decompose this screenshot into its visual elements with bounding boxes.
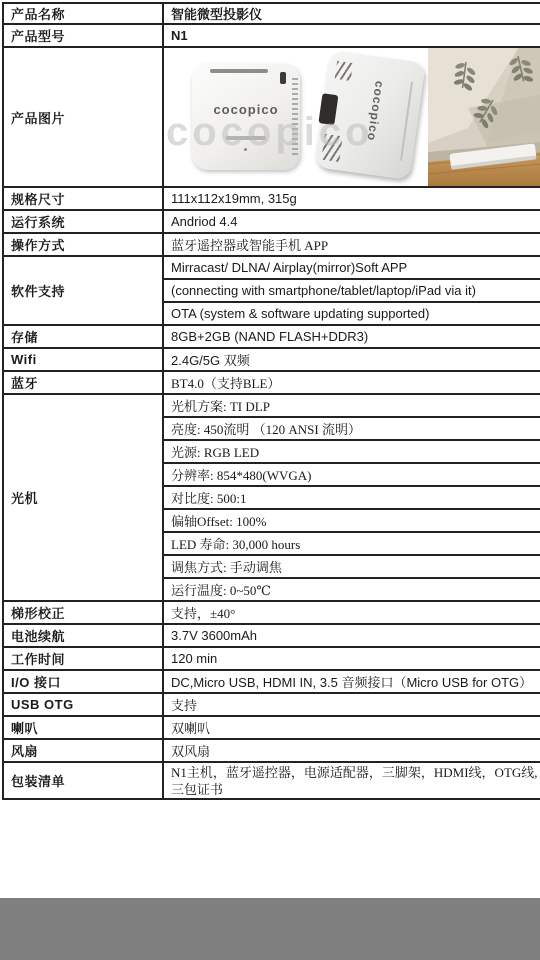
cell-text: 运行温度: 0~50℃ bbox=[164, 579, 540, 600]
cell-text: LED 寿命: 30,000 hours bbox=[164, 533, 540, 556]
row-values: 支持 bbox=[164, 694, 540, 715]
table-row: 软件支持Mirracast/ DLNA/ Airplay(mirror)Soft… bbox=[4, 257, 540, 326]
vent-grille bbox=[292, 78, 298, 156]
table-row: 蓝牙BT4.0（支持BLE） bbox=[4, 372, 540, 395]
row-values: 双喇叭 bbox=[164, 717, 540, 738]
row-values: 支持，±40° bbox=[164, 602, 540, 623]
row-label: 软件支持 bbox=[4, 257, 164, 324]
row-label: 喇叭 bbox=[4, 717, 164, 738]
row-values: cocopico cocopico bbox=[164, 48, 540, 186]
cell-text: 双喇叭 bbox=[164, 717, 540, 738]
projector-front-view: cocopico bbox=[192, 64, 300, 170]
brand-logo-vertical: cocopico bbox=[364, 80, 386, 142]
row-label: 操作方式 bbox=[4, 234, 164, 255]
cell-text: 2.4G/5G 双频 bbox=[164, 349, 540, 370]
row-values: Mirracast/ DLNA/ Airplay(mirror)Soft APP… bbox=[164, 257, 540, 324]
row-values: 双风扇 bbox=[164, 740, 540, 761]
row-label: 产品图片 bbox=[4, 48, 164, 186]
cell-text: 8GB+2GB (NAND FLASH+DDR3) bbox=[164, 326, 540, 347]
table-row: 产品名称智能微型投影仪 bbox=[4, 4, 540, 25]
table-row: 工作时间120 min bbox=[4, 648, 540, 671]
vent-slits-top bbox=[335, 61, 353, 81]
page-background-gutter bbox=[0, 898, 540, 960]
row-values: BT4.0（支持BLE） bbox=[164, 372, 540, 393]
table-row: 包装清单N1主机，蓝牙遥控器，电源适配器，三脚架，HDMI线，OTG线, 绒布袋… bbox=[4, 763, 540, 800]
row-label: 存储 bbox=[4, 326, 164, 347]
cell-text: 3.7V 3600mAh bbox=[164, 625, 540, 646]
row-label: 包装清单 bbox=[4, 763, 164, 798]
cell-text: 支持 bbox=[164, 694, 540, 715]
cell-text: 双风扇 bbox=[164, 740, 540, 761]
cell-text: DC,Micro USB, HDMI IN, 3.5 音频接口（Micro US… bbox=[164, 671, 540, 692]
cell-text: 调焦方式: 手动调焦 bbox=[164, 556, 540, 579]
projector-top-slot bbox=[210, 69, 268, 73]
row-label: 产品型号 bbox=[4, 25, 164, 46]
projector-side-view: cocopico bbox=[314, 50, 425, 180]
row-label: 运行系统 bbox=[4, 211, 164, 232]
cell-multiline: N1主机，蓝牙遥控器，电源适配器，三脚架，HDMI线，OTG线, 绒布袋, 使三… bbox=[164, 763, 540, 798]
cell-text: (connecting with smartphone/tablet/lapto… bbox=[164, 280, 540, 303]
cell-text: 111x112x19mm, 315g bbox=[164, 188, 540, 209]
table-row: 产品型号N1 bbox=[4, 25, 540, 48]
cell-text: N1 bbox=[164, 25, 540, 46]
cell-text: Andriod 4.4 bbox=[164, 211, 540, 232]
row-values: 3.7V 3600mAh bbox=[164, 625, 540, 646]
table-row: 光机光机方案: TI DLP亮度: 450流明 （120 ANSI 流明）光源:… bbox=[4, 395, 540, 602]
cell-text: 三包证书 bbox=[171, 781, 540, 798]
row-values: 111x112x19mm, 315g bbox=[164, 188, 540, 209]
row-values: N1主机，蓝牙遥控器，电源适配器，三脚架，HDMI线，OTG线, 绒布袋, 使三… bbox=[164, 763, 540, 798]
product-photo-lifestyle bbox=[428, 48, 540, 186]
row-label: 梯形校正 bbox=[4, 602, 164, 623]
cell-text: 光机方案: TI DLP bbox=[164, 395, 540, 418]
cell-text: N1主机，蓝牙遥控器，电源适配器，三脚架，HDMI线，OTG线, 绒布袋, 使 bbox=[171, 764, 540, 781]
row-values: 120 min bbox=[164, 648, 540, 669]
row-label: 规格尺寸 bbox=[4, 188, 164, 209]
row-label: 光机 bbox=[4, 395, 164, 600]
table-row: 风扇双风扇 bbox=[4, 740, 540, 763]
row-label: I/O 接口 bbox=[4, 671, 164, 692]
table-row: 梯形校正支持，±40° bbox=[4, 602, 540, 625]
cell-text: 亮度: 450流明 （120 ANSI 流明） bbox=[164, 418, 540, 441]
product-photo-front: cocopico bbox=[178, 48, 308, 186]
screen: 产品名称智能微型投影仪产品型号N1产品图片 cocopico cocopico bbox=[0, 0, 540, 960]
row-label: 工作时间 bbox=[4, 648, 164, 669]
table-row: Wifi2.4G/5G 双频 bbox=[4, 349, 540, 372]
row-values: 2.4G/5G 双频 bbox=[164, 349, 540, 370]
cell-text: Mirracast/ DLNA/ Airplay(mirror)Soft APP bbox=[164, 257, 540, 280]
projector-lens-icon bbox=[280, 72, 286, 84]
row-label: Wifi bbox=[4, 349, 164, 370]
cell-text: 支持，±40° bbox=[164, 602, 540, 623]
row-label: 产品名称 bbox=[4, 4, 164, 23]
brand-logo: cocopico bbox=[192, 102, 300, 117]
table-row: 规格尺寸111x112x19mm, 315g bbox=[4, 188, 540, 211]
row-label: 电池续航 bbox=[4, 625, 164, 646]
table-row: USB OTG支持 bbox=[4, 694, 540, 717]
projector-lens-icon bbox=[318, 93, 338, 125]
row-values: 蓝牙遥控器或智能手机 APP bbox=[164, 234, 540, 255]
product-photo-side: cocopico bbox=[312, 48, 432, 186]
row-values: 光机方案: TI DLP亮度: 450流明 （120 ANSI 流明）光源: R… bbox=[164, 395, 540, 600]
row-values: DC,Micro USB, HDMI IN, 3.5 音频接口（Micro US… bbox=[164, 671, 540, 692]
cell-text: BT4.0（支持BLE） bbox=[164, 372, 540, 393]
table-row: 操作方式蓝牙遥控器或智能手机 APP bbox=[4, 234, 540, 257]
table-row: 存储8GB+2GB (NAND FLASH+DDR3) bbox=[4, 326, 540, 349]
row-label: 蓝牙 bbox=[4, 372, 164, 393]
row-values: 8GB+2GB (NAND FLASH+DDR3) bbox=[164, 326, 540, 347]
table-row: 喇叭双喇叭 bbox=[4, 717, 540, 740]
table-row: 运行系统Andriod 4.4 bbox=[4, 211, 540, 234]
body-seam bbox=[400, 81, 413, 160]
row-label: 风扇 bbox=[4, 740, 164, 761]
row-values: N1 bbox=[164, 25, 540, 46]
cell-text: 分辨率: 854*480(WVGA) bbox=[164, 464, 540, 487]
vent-slits-bottom bbox=[321, 134, 342, 162]
lifestyle-photo-graphic bbox=[428, 48, 540, 186]
reset-pinhole bbox=[244, 148, 247, 151]
cell-text: 对比度: 500:1 bbox=[164, 487, 540, 510]
table-row: 产品图片 cocopico cocopico bbox=[4, 48, 540, 188]
table-row: 电池续航3.7V 3600mAh bbox=[4, 625, 540, 648]
table-row: I/O 接口DC,Micro USB, HDMI IN, 3.5 音频接口（Mi… bbox=[4, 671, 540, 694]
row-label: USB OTG bbox=[4, 694, 164, 715]
spec-table: 产品名称智能微型投影仪产品型号N1产品图片 cocopico cocopico bbox=[2, 2, 540, 800]
cell-text: 蓝牙遥控器或智能手机 APP bbox=[164, 234, 540, 255]
cell-text: OTA (system & software updating supporte… bbox=[164, 303, 540, 324]
row-values: 智能微型投影仪 bbox=[164, 4, 540, 23]
row-values: Andriod 4.4 bbox=[164, 211, 540, 232]
cell-text: 偏轴Offset: 100% bbox=[164, 510, 540, 533]
brand-subtext-bar bbox=[226, 136, 266, 140]
cell-text: 智能微型投影仪 bbox=[164, 4, 540, 22]
cell-text: 120 min bbox=[164, 648, 540, 669]
cell-text: 光源: RGB LED bbox=[164, 441, 540, 464]
